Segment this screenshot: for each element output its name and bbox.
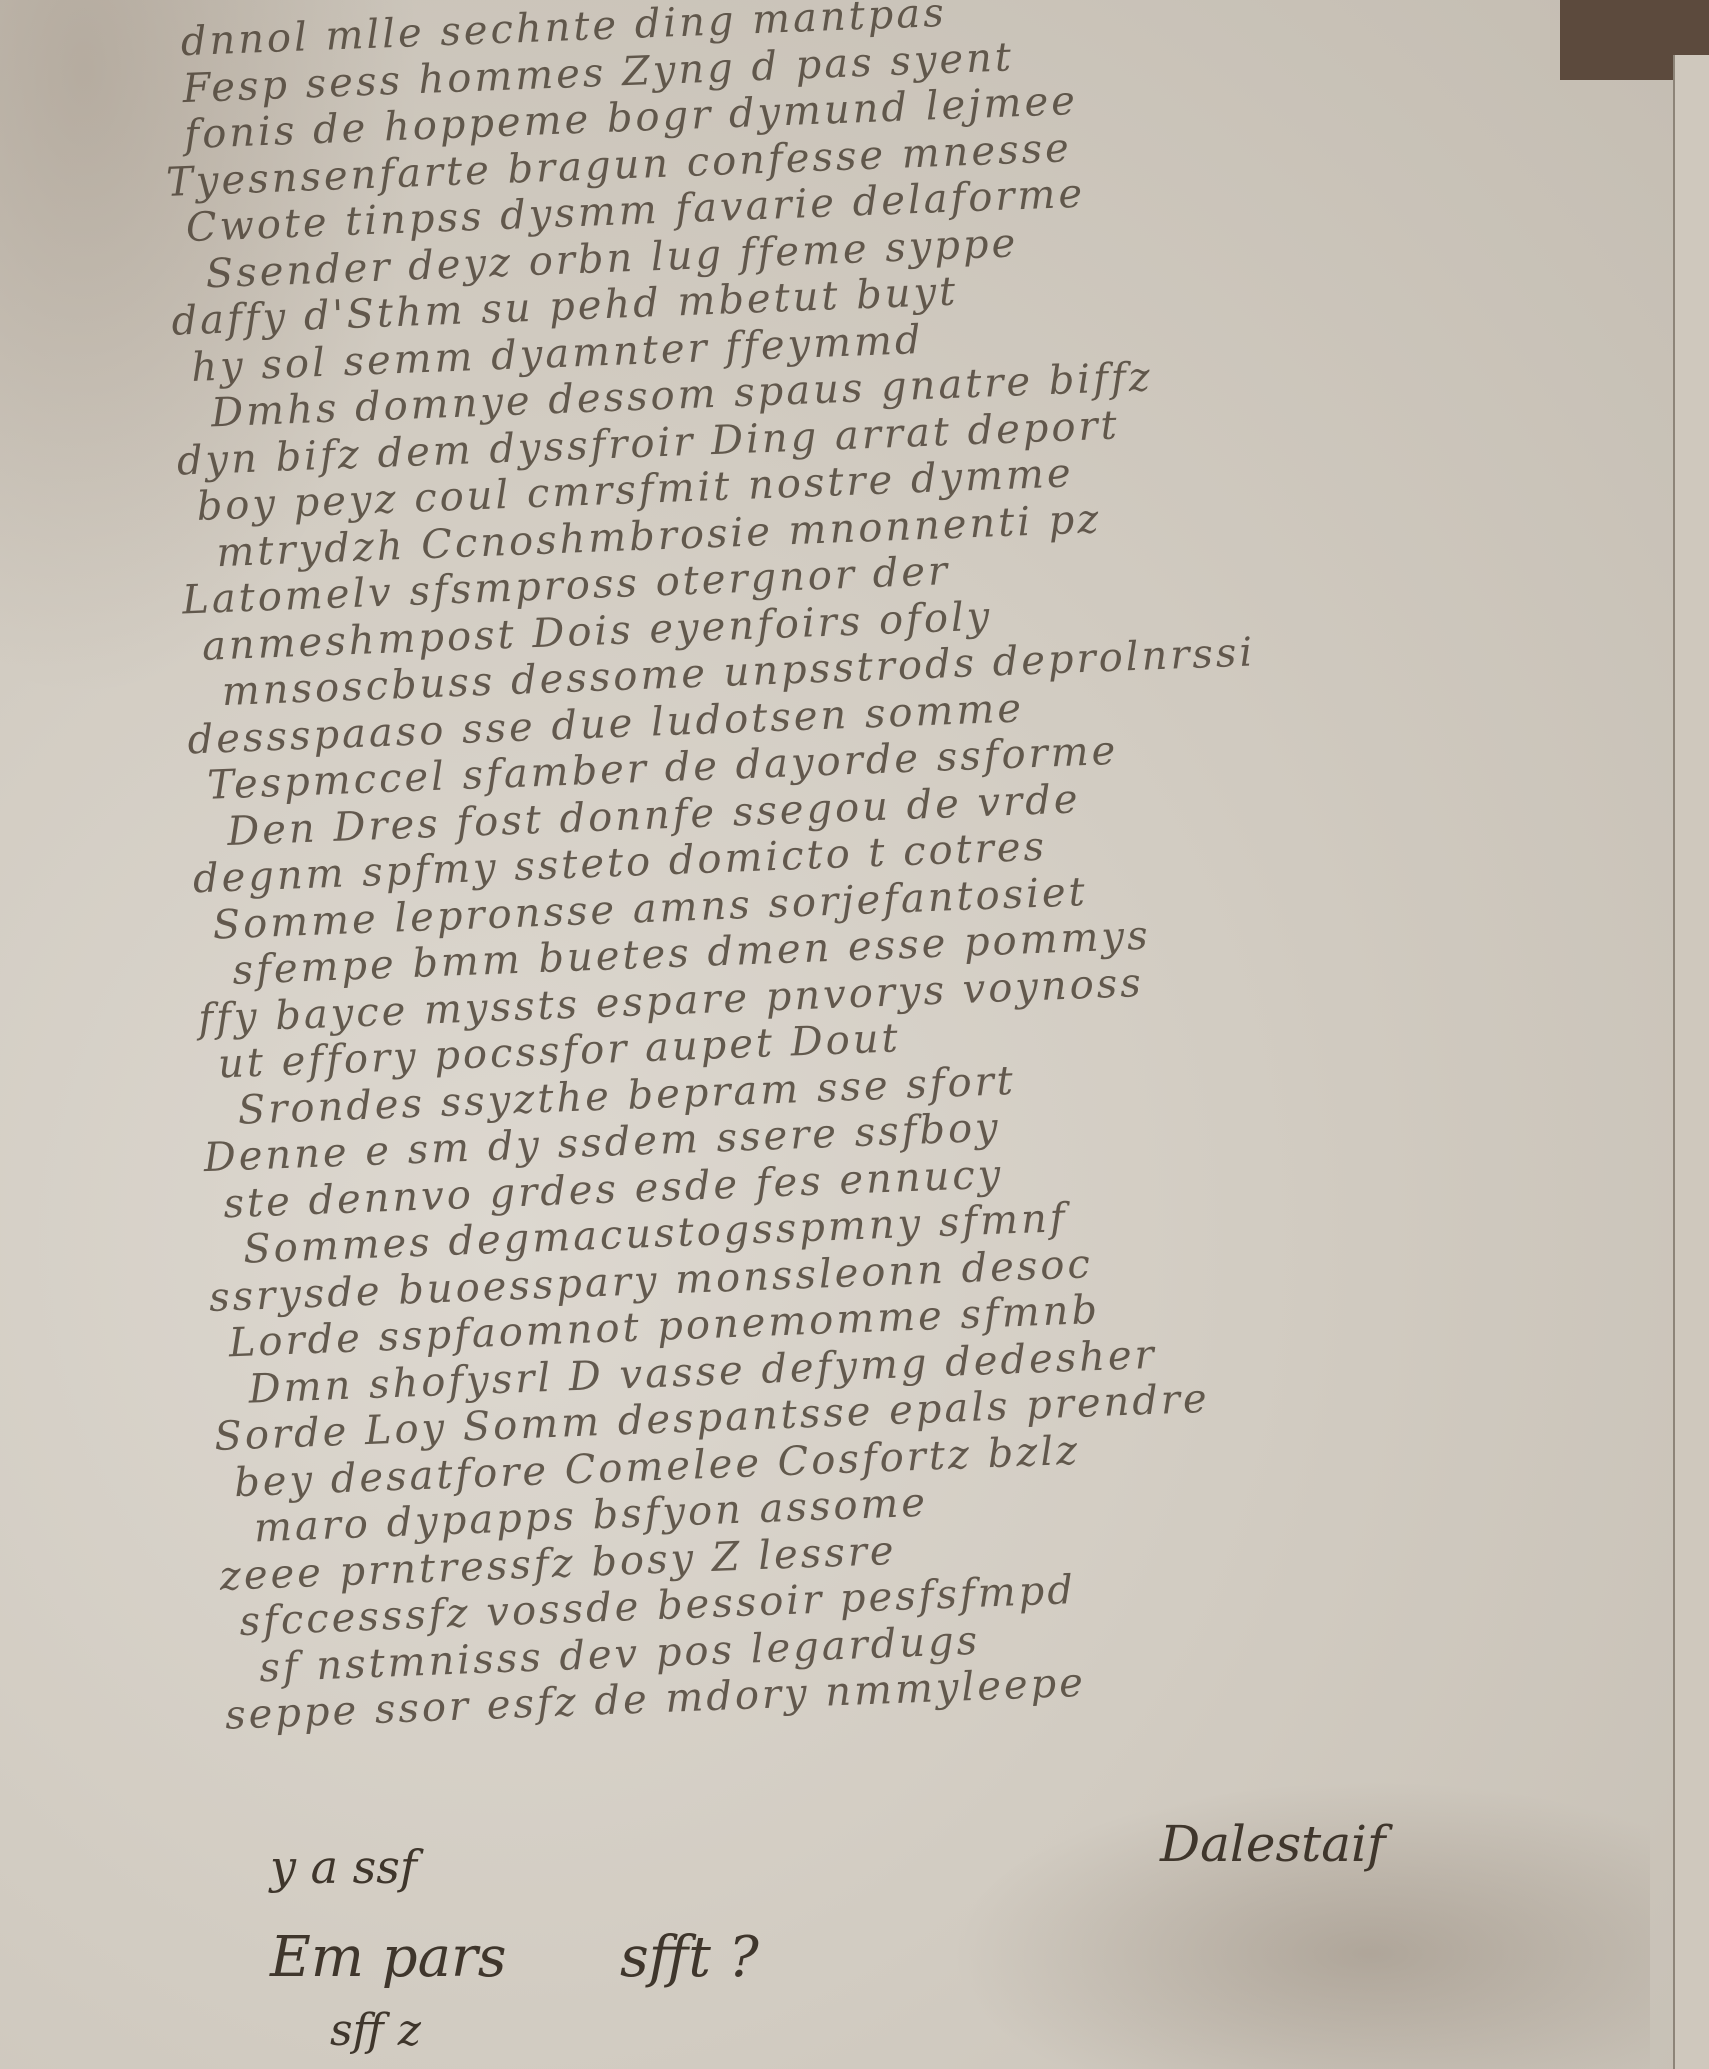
- page-edge: [1673, 55, 1709, 2069]
- signature-right: Dalestaif: [1160, 1815, 1386, 1873]
- signature-flourish: sff z: [330, 2005, 421, 2056]
- manuscript-page: dnnol mlle sechnte ding mantpasFesp sess…: [0, 0, 1680, 2069]
- signature-line-1: y a ssf: [270, 1840, 417, 1894]
- signature-mark: sfft ?: [620, 1925, 759, 1990]
- signature-en-pars: Em pars: [270, 1925, 507, 1990]
- manuscript-text-block: dnnol mlle sechnte ding mantpasFesp sess…: [160, 0, 1709, 1739]
